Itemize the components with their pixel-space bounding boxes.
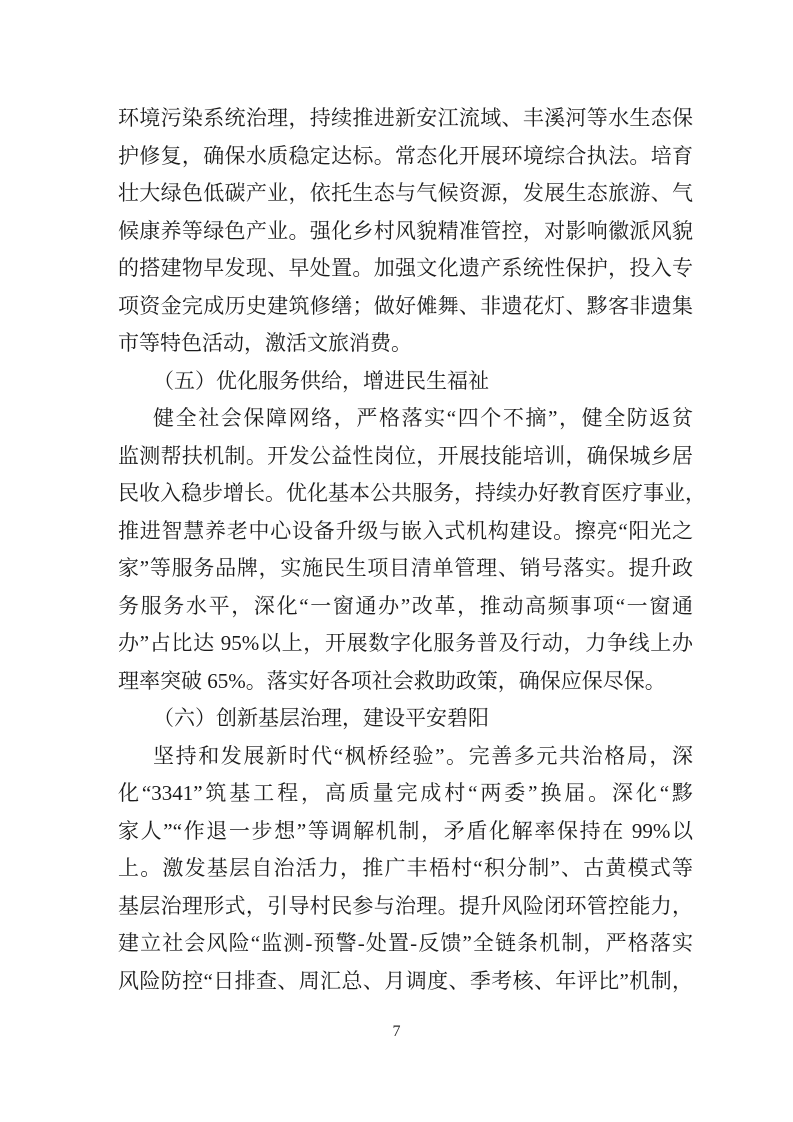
heading-section-5: （五）优化服务供给，增进民生福祉 xyxy=(118,363,693,401)
text-line: 推进智慧养老中心设备升级与嵌入式机构建设。擦亮“阳光之 xyxy=(118,513,693,551)
text-line: 候康养等绿色产业。强化乡村风貌精准管控，对影响徽派风貌 xyxy=(118,213,693,251)
text-line: 护修复，确保水质稳定达标。常态化开展环境综合执法。培育 xyxy=(118,138,693,176)
document-page: 环境污染系统治理，持续推进新安江流域、丰溪河等水生态保护修复，确保水质稳定达标。… xyxy=(0,0,793,1122)
text-line: 市等特色活动，激活文旅消费。 xyxy=(118,325,693,363)
heading-line: （六）创新基层治理，建设平安碧阳 xyxy=(118,700,693,738)
text-line: 的搭建物早发现、早处置。加强文化遗产系统性保护，投入专 xyxy=(118,250,693,288)
text-line: 健全社会保障网络，严格落实“四个不摘”，健全防返贫 xyxy=(118,400,693,438)
text-line: 建立社会风险“监测-预警-处置-反馈”全链条机制，严格落实 xyxy=(118,925,693,963)
page-number: 7 xyxy=(0,1021,793,1043)
text-line: 风险防控“日排查、周汇总、月调度、季考核、年评比”机制， xyxy=(118,963,693,1001)
text-line: 家人”“作退一步想”等调解机制，矛盾化解率保持在 99%以 xyxy=(118,813,693,851)
heading-line: （五）优化服务供给，增进民生福祉 xyxy=(118,363,693,401)
text-line: 坚持和发展新时代“枫桥经验”。完善多元共治格局，深 xyxy=(118,738,693,776)
text-line: 务服务水平，深化“一窗通办”改革，推动高频事项“一窗通 xyxy=(118,588,693,626)
para-public-services: 健全社会保障网络，严格落实“四个不摘”，健全防返贫监测帮扶机制。开发公益性岗位，… xyxy=(118,400,693,700)
text-line: 家”等服务品牌，实施民生项目清单管理、销号落实。提升政 xyxy=(118,550,693,588)
text-line: 上。激发基层自治活力，推广丰梧村“积分制”、古黄模式等 xyxy=(118,850,693,888)
text-line: 基层治理形式，引导村民参与治理。提升风险闭环管控能力， xyxy=(118,888,693,926)
heading-section-6: （六）创新基层治理，建设平安碧阳 xyxy=(118,700,693,738)
text-line: 办”占比达 95%以上，开展数字化服务普及行动，力争线上办 xyxy=(118,625,693,663)
text-line: 环境污染系统治理，持续推进新安江流域、丰溪河等水生态保 xyxy=(118,100,693,138)
text-line: 壮大绿色低碳产业，依托生态与气候资源，发展生态旅游、气 xyxy=(118,175,693,213)
para-ecology-culture: 环境污染系统治理，持续推进新安江流域、丰溪河等水生态保护修复，确保水质稳定达标。… xyxy=(118,100,693,363)
text-line: 化“3341”筑基工程，高质量完成村“两委”换届。深化“黟 xyxy=(118,775,693,813)
text-line: 监测帮扶机制。开发公益性岗位，开展技能培训，确保城乡居 xyxy=(118,438,693,476)
document-body: 环境污染系统治理，持续推进新安江流域、丰溪河等水生态保护修复，确保水质稳定达标。… xyxy=(118,100,693,1000)
para-grassroots-governance: 坚持和发展新时代“枫桥经验”。完善多元共治格局，深化“3341”筑基工程，高质量… xyxy=(118,738,693,1001)
text-line: 理率突破 65%。落实好各项社会救助政策，确保应保尽保。 xyxy=(118,663,693,701)
text-line: 民收入稳步增长。优化基本公共服务，持续办好教育医疗事业， xyxy=(118,475,693,513)
text-line: 项资金完成历史建筑修缮；做好傩舞、非遗花灯、黟客非遗集 xyxy=(118,288,693,326)
